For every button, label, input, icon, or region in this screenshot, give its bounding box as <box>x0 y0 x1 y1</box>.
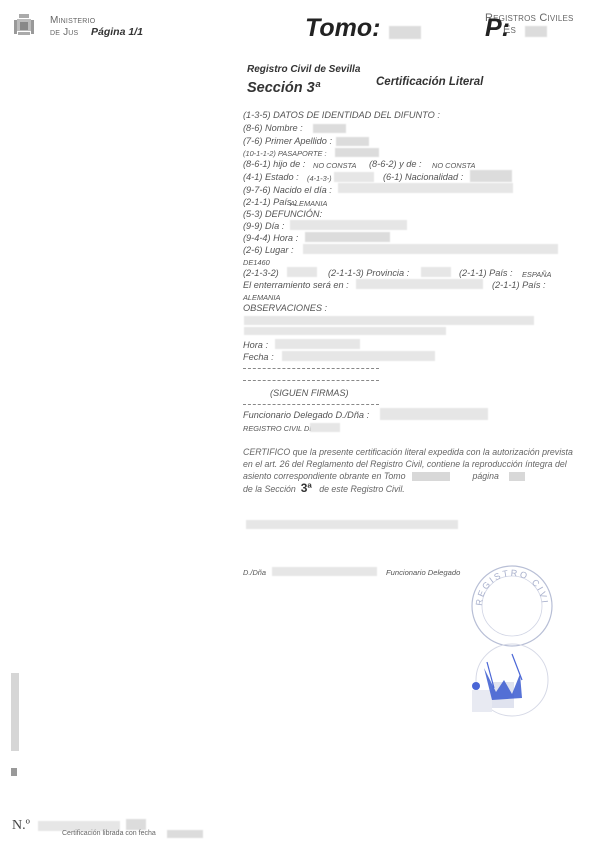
field-pasaporte: (10-1-1-2) PASAPORTE : <box>243 149 327 158</box>
field-nombre: (8-6) Nombre : <box>243 123 303 133</box>
issued-date-redacted <box>167 830 203 838</box>
issued-date-label: Certificación librada con fecha <box>62 830 156 837</box>
field-obs-fecha: Fecha : <box>243 352 274 362</box>
pagina-redacted <box>509 472 525 481</box>
obs-fecha-redacted <box>282 351 435 361</box>
tomo-label: Tomo: <box>305 14 380 43</box>
registro-civil-de: REGISTRO CIVIL DE <box>243 424 314 433</box>
certificate-suffix-redacted <box>126 819 146 830</box>
field-pais-defuncion: (2-1-1) País : <box>459 268 513 278</box>
seccion-label: de la Sección <box>243 484 296 494</box>
coat-of-arms-icon <box>14 12 34 38</box>
field-municipio-code: (2-1-3-2) <box>243 268 279 278</box>
side-barcode-strip <box>11 673 19 751</box>
defuncion-heading: (5-3) DEFUNCIÓN: <box>243 209 322 219</box>
pagina-label: página <box>472 471 498 481</box>
registry-name: Registro Civil de Sevilla <box>247 64 360 75</box>
field-nacido: (9-7-6) Nacido el día : <box>243 185 332 195</box>
divider <box>243 368 379 369</box>
observaciones-redacted-2 <box>244 327 446 335</box>
field-nacionalidad: (6-1) Nacionalidad : <box>383 172 463 182</box>
official-seal-icon <box>462 640 552 730</box>
provincia-redacted <box>421 267 451 277</box>
field-hora: (9-4-4) Hora : <box>243 233 298 243</box>
siguen-firmas: (SIGUEN FIRMAS) <box>270 388 349 398</box>
field-funcionario: Funcionario Delegado D./Dña : <box>243 410 369 420</box>
hora-redacted <box>305 232 390 242</box>
place-date-redacted <box>246 520 458 529</box>
nombre-redacted <box>313 124 346 133</box>
registro-civil-redacted <box>310 423 340 432</box>
field-dia: (9-9) Día : <box>243 221 284 231</box>
nacido-redacted <box>338 183 513 193</box>
field-provincia: (2-1-1-3) Provincia : <box>328 268 409 278</box>
field-estado: (4-1) Estado : <box>243 172 299 182</box>
observaciones-redacted-1 <box>244 316 534 325</box>
pasaporte-redacted <box>335 148 379 157</box>
p-label: P: <box>485 14 510 43</box>
field-enterramiento: El enterramiento será en : <box>243 280 349 290</box>
identity-heading: (1-3-5) DATOS DE IDENTIDAD DEL DIFUNTO : <box>243 110 440 120</box>
ministry-line-1: Ministerio <box>50 15 95 27</box>
divider <box>243 404 379 405</box>
nacionalidad-redacted <box>470 170 512 182</box>
registro-civil-stamp-icon: REGISTRO CIVIL <box>468 562 556 650</box>
field-obs-hora: Hora : <box>243 340 268 350</box>
municipio-redacted <box>287 267 317 277</box>
obs-hora-redacted <box>275 339 360 349</box>
enterramiento-redacted <box>356 279 483 289</box>
pais-defuncion-value: ESPAÑA <box>522 270 551 279</box>
section-number: 3ª <box>301 481 312 495</box>
certificate-number-label: N.º <box>12 818 30 834</box>
lugar-code: DE1460 <box>243 258 270 267</box>
certification-end: de este Registro Civil. <box>319 484 405 494</box>
dona-redacted <box>272 567 377 576</box>
svg-text:REGISTRO CIVIL: REGISTRO CIVIL <box>468 562 550 606</box>
side-mark <box>11 768 17 776</box>
observaciones-heading: OBSERVACIONES : <box>243 303 327 313</box>
field-pais-enterramiento: (2-1-1) País : <box>492 280 546 290</box>
field-hijo-de: (8-6-1) hijo de : <box>243 159 305 169</box>
apellido-redacted <box>336 137 369 146</box>
ministry-name: Ministerio de Jus <box>50 15 95 39</box>
hijo-de-value: NO CONSTA <box>313 161 356 170</box>
ministry-line-2: de Jus <box>50 27 95 39</box>
signature-role: Funcionario Delegado <box>386 568 460 577</box>
estado-redacted <box>334 172 374 182</box>
page-number: Página 1/1 <box>91 26 143 38</box>
tomo-value-redacted <box>389 26 421 39</box>
certification-paragraph: CERTIFICO que la presente certificación … <box>243 446 573 495</box>
field-y-de: (8-6-2) y de : <box>369 159 422 169</box>
field-lugar: (2-6) Lugar : <box>243 245 294 255</box>
y-de-value: NO CONSTA <box>432 161 475 170</box>
dona-label: D./Dña <box>243 568 266 577</box>
p-value-redacted <box>525 26 547 37</box>
divider <box>243 380 379 381</box>
estado-code: (4-1-3-) <box>307 174 332 183</box>
section-title: Sección 3ª <box>247 80 320 96</box>
field-primer-apellido: (7-6) Primer Apellido : <box>243 136 332 146</box>
tomo-redacted <box>412 472 450 481</box>
pais-nacimiento-value: ALEMANIA <box>290 199 327 208</box>
lugar-redacted <box>303 244 558 254</box>
document-type: Certificación Literal <box>376 76 483 88</box>
dia-redacted <box>290 220 407 230</box>
field-pais-nacimiento: (2-1-1) País : <box>243 197 297 207</box>
funcionario-redacted <box>380 408 488 420</box>
pais-enterramiento-value: ALEMANIA <box>243 293 280 302</box>
